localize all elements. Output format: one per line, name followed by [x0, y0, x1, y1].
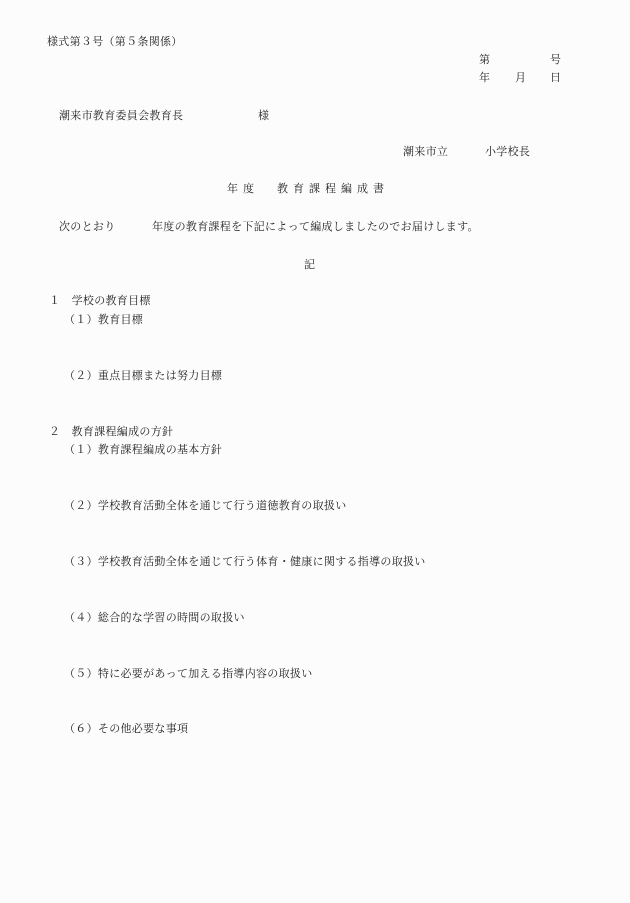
doc-number-dai: 第 [479, 54, 490, 65]
section-2-item-5: （５）特に必要があって加える指導内容の取扱い [64, 668, 313, 679]
section-2-item-4: （４）総合的な学習の時間の取扱い [64, 612, 245, 623]
date-month: 月 [515, 72, 526, 83]
section-2-item-3: （３）学校教育活動全体を通じて行う体育・健康に関する指導の取扱い [64, 556, 426, 567]
section-heading-2: ２ 教育課程編成の方針 [49, 426, 173, 437]
sender-title: 小学校長 [485, 146, 530, 157]
intro-text-2: 年度の教育課程を下記によって編成しましたのでお届けします。 [152, 221, 479, 232]
section-2-item-1: （１）教育課程編成の基本方針 [64, 444, 222, 455]
date-day: 日 [550, 72, 561, 83]
doc-number-go: 号 [550, 54, 561, 65]
addressee-honorific: 様 [258, 110, 269, 121]
sender-city: 潮来市立 [403, 146, 448, 157]
addressee-name: 潮来市教育委員会教育長 [59, 110, 183, 121]
form-label: 様式第３号（第５条関係） [47, 36, 183, 47]
section-2-item-2: （２）学校教育活動全体を通じて行う道徳教育の取扱い [64, 500, 347, 511]
document-title: 教育課程編成書 [277, 183, 389, 194]
section-heading-1: １ 学校の教育目標 [49, 295, 151, 306]
section-1-item-1: （１）教育目標 [64, 314, 143, 325]
date-year: 年 [479, 72, 490, 83]
ki-note: 記 [304, 259, 315, 270]
section-2-item-6: （６）その他必要な事項 [64, 723, 188, 734]
section-1-item-2: （２）重点目標または努力目標 [64, 370, 222, 381]
title-year: 年度 [227, 183, 259, 194]
intro-text-1: 次のとおり [59, 221, 116, 232]
